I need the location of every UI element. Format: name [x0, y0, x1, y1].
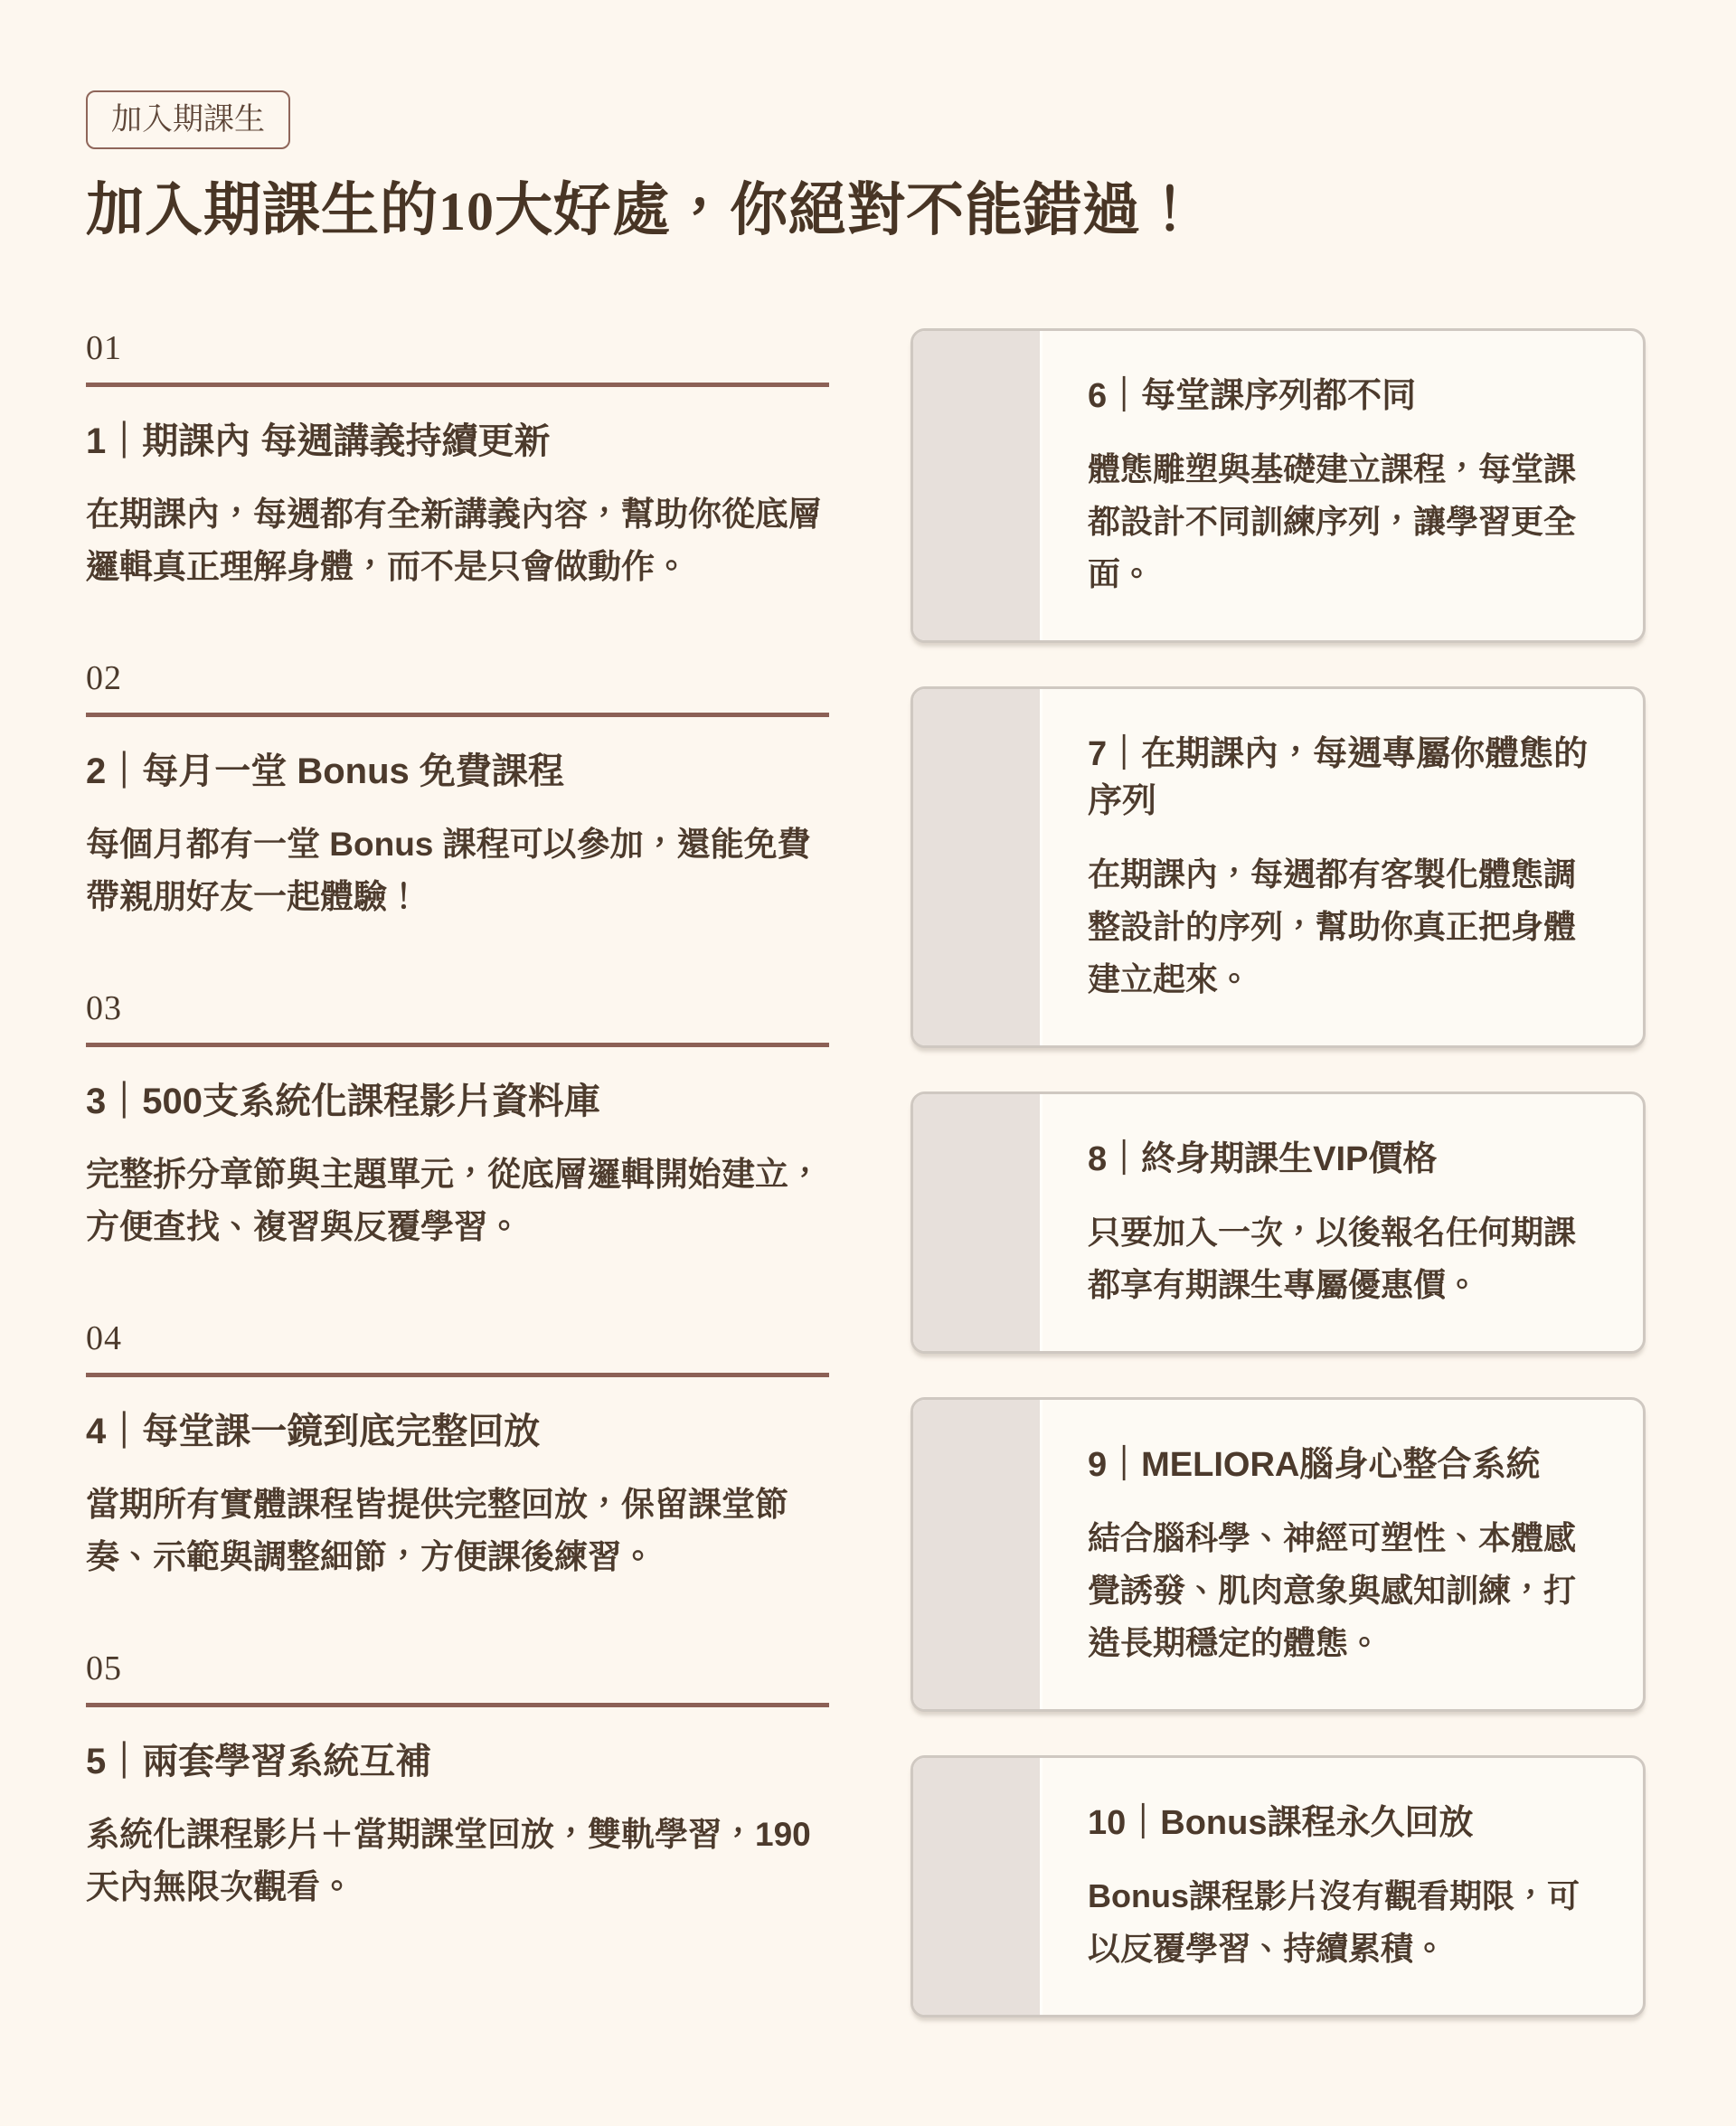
benefit-item: 03 3｜500支系統化課程影片資料庫 完整拆分章節與主題單元，從底層邏輯開始建… — [86, 988, 829, 1253]
item-divider — [86, 1703, 829, 1707]
card-content: 7｜在期課內，每週專屬你體態的序列 在期課內，每週都有客製化體態調整設計的序列，… — [1043, 689, 1643, 1045]
benefit-card: 9｜MELIORA腦身心整合系統 結合腦科學、神經可塑性、本體感覺誘發、肌肉意象… — [910, 1397, 1646, 1712]
item-number: 03 — [86, 988, 829, 1028]
item-title: 1｜期課內 每週講義持續更新 — [86, 418, 829, 465]
card-accent-strip — [913, 1758, 1043, 2015]
card-content: 6｜每堂課序列都不同 體態雕塑與基礎建立課程，每堂課都設計不同訓練序列，讓學習更… — [1043, 331, 1643, 640]
card-description: Bonus課程影片沒有觀看期限，可以反覆學習、持續累積。 — [1088, 1870, 1607, 1975]
card-description: 體態雕塑與基礎建立課程，每堂課都設計不同訓練序列，讓學習更全面。 — [1088, 443, 1607, 600]
benefit-card: 8｜終身期課生VIP價格 只要加入一次，以後報名任何期課都享有期課生專屬優惠價。 — [910, 1091, 1646, 1354]
benefits-columns: 01 1｜期課內 每週講義持續更新 在期課內，每週都有全新講義內容，幫助你從底層… — [86, 328, 1646, 2017]
card-accent-strip — [913, 1094, 1043, 1351]
benefit-item: 05 5｜兩套學習系統互補 系統化課程影片＋當期課堂回放，雙軌學習，190天內無… — [86, 1649, 829, 1913]
item-number: 01 — [86, 328, 829, 368]
card-accent-strip — [913, 1400, 1043, 1709]
benefits-left-column: 01 1｜期課內 每週講義持續更新 在期課內，每週都有全新講義內容，幫助你從底層… — [86, 328, 829, 1913]
page-title: 加入期課生的10大好處，你絕對不能錯過！ — [86, 173, 1646, 248]
card-accent-strip — [913, 331, 1043, 640]
benefits-right-column: 6｜每堂課序列都不同 體態雕塑與基礎建立課程，每堂課都設計不同訓練序列，讓學習更… — [910, 328, 1646, 2017]
card-description: 只要加入一次，以後報名任何期課都享有期課生專屬優惠價。 — [1088, 1206, 1607, 1311]
benefit-card: 6｜每堂課序列都不同 體態雕塑與基礎建立課程，每堂課都設計不同訓練序列，讓學習更… — [910, 328, 1646, 643]
page-title-number: 10 — [439, 182, 495, 241]
page-title-prefix: 加入期課生的 — [86, 177, 439, 242]
item-title: 5｜兩套學習系統互補 — [86, 1738, 829, 1785]
item-number: 05 — [86, 1649, 829, 1688]
item-divider — [86, 1043, 829, 1047]
benefit-item: 01 1｜期課內 每週講義持續更新 在期課內，每週都有全新講義內容，幫助你從底層… — [86, 328, 829, 593]
card-accent-strip — [913, 689, 1043, 1045]
card-title: 7｜在期課內，每週專屬你體態的序列 — [1088, 731, 1607, 825]
join-badge: 加入期課生 — [86, 90, 290, 149]
item-title: 3｜500支系統化課程影片資料庫 — [86, 1078, 829, 1125]
card-title: 6｜每堂課序列都不同 — [1088, 373, 1607, 420]
benefit-card: 10｜Bonus課程永久回放 Bonus課程影片沒有觀看期限，可以反覆學習、持續… — [910, 1755, 1646, 2017]
item-divider — [86, 1373, 829, 1377]
item-description: 當期所有實體課程皆提供完整回放，保留課堂節奏、示範與調整細節，方便課後練習。 — [86, 1479, 829, 1583]
item-description: 系統化課程影片＋當期課堂回放，雙軌學習，190天內無限次觀看。 — [86, 1809, 829, 1913]
item-title: 4｜每堂課一鏡到底完整回放 — [86, 1408, 829, 1455]
item-description: 每個月都有一堂 Bonus 課程可以參加，還能免費帶親朋好友一起體驗！ — [86, 818, 829, 923]
item-divider — [86, 713, 829, 717]
card-title: 8｜終身期課生VIP價格 — [1088, 1136, 1607, 1183]
item-description: 完整拆分章節與主題單元，從底層邏輯開始建立，方便查找、複習與反覆學習。 — [86, 1148, 829, 1253]
benefit-card: 7｜在期課內，每週專屬你體態的序列 在期課內，每週都有客製化體態調整設計的序列，… — [910, 686, 1646, 1048]
card-title: 10｜Bonus課程永久回放 — [1088, 1800, 1607, 1847]
page-header: 加入期課生 加入期課生的10大好處，你絕對不能錯過！ — [86, 90, 1646, 249]
item-divider — [86, 383, 829, 387]
item-number: 04 — [86, 1318, 829, 1358]
item-number: 02 — [86, 658, 829, 698]
card-content: 9｜MELIORA腦身心整合系統 結合腦科學、神經可塑性、本體感覺誘發、肌肉意象… — [1043, 1400, 1643, 1709]
card-description: 在期課內，每週都有客製化體態調整設計的序列，幫助你真正把身體建立起來。 — [1088, 848, 1607, 1006]
card-description: 結合腦科學、神經可塑性、本體感覺誘發、肌肉意象與感知訓練，打造長期穩定的體態。 — [1088, 1512, 1607, 1669]
page-title-suffix: 大好處，你絕對不能錯過！ — [495, 177, 1200, 242]
benefit-item: 04 4｜每堂課一鏡到底完整回放 當期所有實體課程皆提供完整回放，保留課堂節奏、… — [86, 1318, 829, 1583]
item-title: 2｜每月一堂 Bonus 免費課程 — [86, 748, 829, 795]
card-title: 9｜MELIORA腦身心整合系統 — [1088, 1441, 1607, 1488]
item-description: 在期課內，每週都有全新講義內容，幫助你從底層邏輯真正理解身體，而不是只會做動作。 — [86, 488, 829, 593]
benefit-item: 02 2｜每月一堂 Bonus 免費課程 每個月都有一堂 Bonus 課程可以參… — [86, 658, 829, 923]
card-content: 10｜Bonus課程永久回放 Bonus課程影片沒有觀看期限，可以反覆學習、持續… — [1043, 1758, 1643, 2015]
page: 加入期課生 加入期課生的10大好處，你絕對不能錯過！ 01 1｜期課內 每週講義… — [0, 0, 1736, 2126]
card-content: 8｜終身期課生VIP價格 只要加入一次，以後報名任何期課都享有期課生專屬優惠價。 — [1043, 1094, 1643, 1351]
